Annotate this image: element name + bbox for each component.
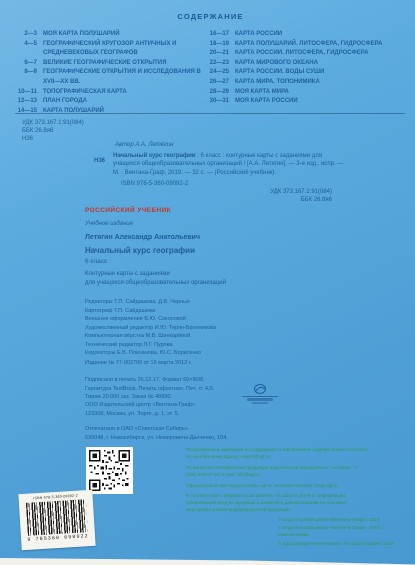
barcode-sticker: ISBN 978-5-360-09092-2 9 785360 090922 [18, 490, 95, 550]
author-full-name: Летягин Александр Анатольевич [85, 234, 200, 241]
toc-pages: 28—29 [208, 88, 229, 98]
toc-title: КАРТА РОССИИ [235, 30, 282, 40]
toc-entry: 6—7ВЕЛИКИЕ ГЕОГРАФИЧЕСКИЕ ОТКРЫТИЯ [16, 59, 208, 69]
printing-house: Отпечатано в ОАО «Советская Сибирь» 6300… [85, 425, 228, 442]
toc-column-right: 16—17КАРТА РОССИИ 18—19КАРТА ПОЛУШАРИЙ. … [208, 30, 405, 116]
bbk-number: ББК 26.8я6 [22, 127, 84, 135]
toc-pages: 12—13 [16, 97, 37, 107]
stamp-rule [242, 396, 278, 397]
stamp-caption-line [252, 402, 268, 404]
toc-title: КАРТА ПОЛУШАРИЙ. ЛИТОСФЕРА, ГИДРОСФЕРА [235, 40, 382, 50]
toc-heading: СОДЕРЖАНИЕ [16, 12, 405, 21]
isbn-line: ISBN 978-5-360-09092-2 [121, 180, 345, 188]
toc-entry: 26—27КАРТА МИРА. ТОПОНИМИКА [208, 78, 405, 88]
copyright-line: © Картографическая основа, Роскартографи… [278, 541, 410, 548]
udk-number: УДК 373.167.1:91(084) [22, 119, 84, 127]
publisher-name: ООО Издательский центр «Вентана-Граф» [85, 401, 195, 410]
toc-entry: 28—29МОЯ КАРТА МИРА [208, 88, 405, 98]
author-line: Автор А.А. Летягин [115, 142, 173, 148]
toc-pages: 16—17 [208, 30, 229, 40]
udk-bbk-right-block: УДК 373.167.1:91(084) ББК 26.8я6 [230, 188, 332, 204]
toc-title: КАРТА ПОЛУШАРИЙ [43, 107, 104, 117]
subtitle-line-1: Контурные карты с заданиями [85, 270, 226, 279]
info-paragraph: Официальный сайт издательства: vgf.ru; и… [186, 483, 368, 490]
copyright-line: © Издательский центр «Вентана-Граф», 201… [278, 525, 410, 539]
toc-pages: 14—15 [16, 107, 37, 117]
toc-title: КАРТА МИРОВОГО ОКЕАНА [235, 59, 318, 69]
credit-line: Картограф Т.П. Сайдашева [85, 307, 216, 316]
toc-entry: 12—13ПЛАН ГОРОДА [16, 97, 208, 107]
license-line: Издание № 77-002790 от 16 марта 2012 г. [85, 360, 192, 366]
toc-title: ПЛАН ГОРОДА [43, 97, 87, 107]
copyright-block: © Издательский центр «Вентана-Граф», 201… [278, 517, 410, 549]
toc-title: КАРТА МИРА. ТОПОНИМИКА [235, 78, 320, 88]
toc-pages: 10—11 [16, 88, 37, 98]
toc-pages: 20—21 [208, 49, 229, 59]
book-title: Начальный курс географии [85, 246, 195, 255]
toc-title: ГЕОГРАФИЧЕСКИЙ КРУГОЗОР АНТИЧНЫХ И СРЕДН… [43, 40, 208, 59]
book-subtitle: Контурные карты с заданиями для учащихся… [85, 270, 226, 288]
toc-pages: 18—19 [208, 40, 229, 50]
toc-title: КАРТА РОССИИ. ВОДЫ СУШИ [235, 68, 324, 78]
toc-title: МОЯ КАРТА РОССИИ [235, 97, 298, 107]
subtitle-line-2: для учащихся общеобразовательных организ… [85, 279, 226, 288]
toc-pages: 26—27 [208, 78, 229, 88]
bibliographic-annotation: Начальный курс географии : 6 класс : кон… [113, 152, 345, 188]
annotation-code: Н36 [94, 158, 105, 164]
info-paragraph: В соответствии с Федеральным законом «О … [186, 493, 368, 514]
toc-pages: 24—25 [208, 68, 229, 78]
toc-pages: 6—7 [16, 59, 37, 69]
toc-entry: 2—3МОЯ КАРТА ПОЛУШАРИЙ [16, 30, 208, 40]
credit-line: Внешнее оформление В.Ю. Соколовой [85, 315, 216, 324]
udk-number-right: УДК 373.167.1:91(084) [230, 188, 332, 196]
page-bottom-edge [0, 555, 415, 565]
toc-title: КАРТА РОССИИ. ЛИТОСФЕРА, ГИДРОСФЕРА [235, 49, 369, 59]
stamp-caption-line [247, 398, 273, 401]
print-info-line: Гарнитура TextBook. Печать офсетная. Печ… [85, 385, 214, 394]
toc-entry: 4—5ГЕОГРАФИЧЕСКИЙ КРУГОЗОР АНТИЧНЫХ И СР… [16, 40, 208, 59]
toc-entry: 22—23КАРТА МИРОВОГО ОКЕАНА [208, 59, 405, 69]
udk-bbk-block: УДК 373.167.1:91(084) ББК 26.8я6 Н36 [22, 119, 84, 143]
stamp-emblem-icon [252, 383, 268, 395]
book-back-page: СОДЕРЖАНИЕ 2—3МОЯ КАРТА ПОЛУШАРИЙ 4—5ГЕО… [0, 0, 415, 565]
toc-entry: 18—19КАРТА ПОЛУШАРИЙ. ЛИТОСФЕРА, ГИДРОСФ… [208, 40, 405, 50]
publisher-info-block: Предложения и замечания по содержанию и … [186, 447, 368, 518]
credit-line: Корректоры Е.В. Плеханова, Ю.С. Борисенк… [85, 349, 216, 358]
brand-logo-text: РОССИЙСКИЙ УЧЕБНИК [85, 207, 171, 214]
qr-code [86, 447, 133, 494]
toc-pages: 30—31 [208, 97, 229, 107]
toc-entry: 14—15КАРТА ПОЛУШАРИЙ [16, 107, 208, 117]
credit-line: Компьютерная вёрстка М.В. Шинкарёвой [85, 332, 216, 341]
toc-pages: 2—3 [16, 30, 37, 40]
toc-title: ГЕОГРАФИЧЕСКИЕ ОТКРЫТИЯ И ИССЛЕДОВАНИЯ В… [43, 68, 208, 87]
toc-title: МОЯ КАРТА МИРА [235, 88, 289, 98]
toc-entry: 20—21КАРТА РОССИИ. ЛИТОСФЕРА, ГИДРОСФЕРА [208, 49, 405, 59]
bbk-number-right: ББК 26.8я6 [230, 196, 332, 204]
credit-line: Художественный редактор И.Ю. Терян-Бронн… [85, 324, 216, 333]
toc-entry: 8—9ГЕОГРАФИЧЕСКИЕ ОТКРЫТИЯ И ИССЛЕДОВАНИ… [16, 68, 208, 87]
qr-code-icon [89, 450, 130, 491]
toc-pages: 4—5 [16, 40, 37, 59]
toc-title: МОЯ КАРТА ПОЛУШАРИЙ [43, 30, 120, 40]
info-paragraph: По вопросам приобретения продукции издат… [186, 465, 368, 479]
toc-entry: 24—25КАРТА РОССИИ. ВОДЫ СУШИ [208, 68, 405, 78]
toc-title: ВЕЛИКИЕ ГЕОГРАФИЧЕСКИЕ ОТКРЫТИЯ [43, 59, 166, 69]
print-info: Подписано в печать 26.12.17. Формат 60×9… [85, 376, 214, 402]
annotation-title: Начальный курс географии [113, 153, 196, 159]
toc-pages: 8—9 [16, 68, 37, 87]
toc-title: ТОПОГРАФИЧЕСКАЯ КАРТА [43, 88, 127, 98]
printer-address: 630048, г. Новосибирск, ул. Немировича-Д… [85, 434, 228, 443]
toc-entry: 10—11ТОПОГРАФИЧЕСКАЯ КАРТА [16, 88, 208, 98]
toc-column-left: 2—3МОЯ КАРТА ПОЛУШАРИЙ 4—5ГЕОГРАФИЧЕСКИЙ… [16, 30, 208, 116]
grade-label: 6 класс [85, 258, 107, 265]
publisher-address: ООО Издательский центр «Вентана-Граф» 12… [85, 401, 195, 418]
credit-line: Редакторы Т.П. Сайдашева, Д.В. Черных [85, 298, 216, 307]
section-divider [15, 113, 405, 114]
toc-entry: 30—31МОЯ КАРТА РОССИИ [208, 97, 405, 107]
publisher-street: 123308, Москва, ул. Зорге, д. 1, эт. 5. [85, 410, 195, 419]
toc-columns: 2—3МОЯ КАРТА ПОЛУШАРИЙ 4—5ГЕОГРАФИЧЕСКИЙ… [16, 30, 405, 116]
barcode-bars-icon [26, 499, 88, 536]
edition-type: Учебное издание [85, 221, 133, 227]
publisher-stamp [240, 383, 280, 405]
credit-line: Технический редактор Л.Г. Пурова [85, 341, 216, 350]
info-paragraph: Предложения и замечания по содержанию и … [186, 447, 368, 461]
print-info-line: Подписано в печать 26.12.17. Формат 60×9… [85, 376, 214, 385]
copyright-line: © Издательский центр «Вентана-Граф», 201… [278, 517, 410, 524]
toc-pages: 22—23 [208, 59, 229, 69]
printer-name: Отпечатано в ОАО «Советская Сибирь» [85, 425, 228, 434]
toc-entry: 16—17КАРТА РОССИИ [208, 30, 405, 40]
staff-credits: Редакторы Т.П. Сайдашева, Д.В. Черных Ка… [85, 298, 216, 358]
author-code: Н36 [22, 135, 84, 143]
table-of-contents: СОДЕРЖАНИЕ 2—3МОЯ КАРТА ПОЛУШАРИЙ 4—5ГЕО… [16, 12, 405, 116]
